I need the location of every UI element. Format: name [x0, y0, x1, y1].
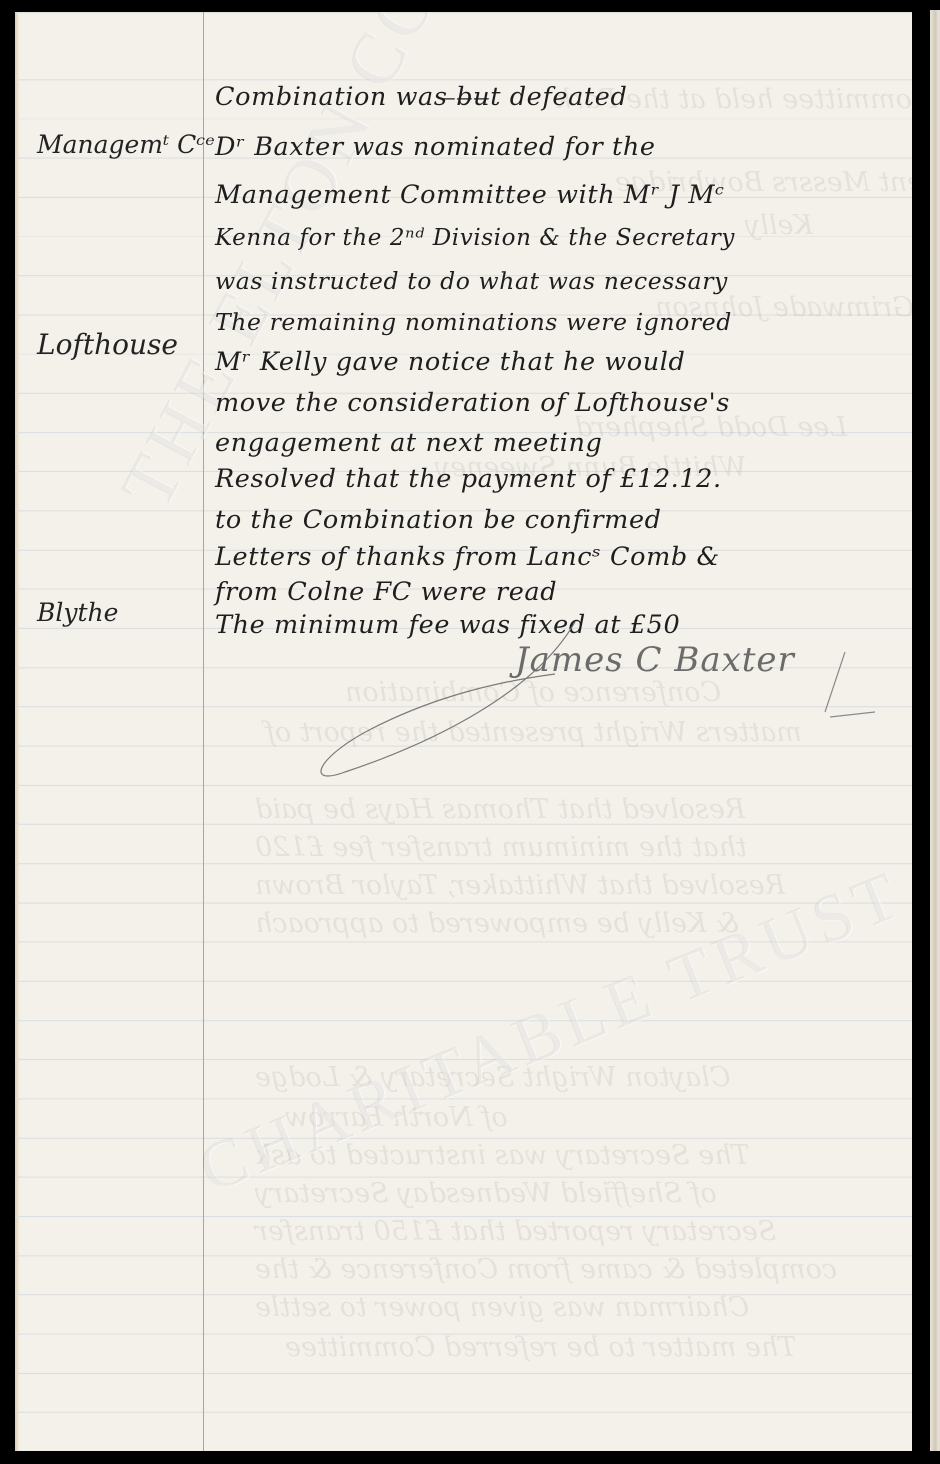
signature: James C Baxter	[515, 640, 795, 680]
page-edge	[930, 10, 940, 1451]
signature-flourish	[15, 12, 912, 1451]
ledger-page: Meeting of the Committee held at the Par…	[15, 12, 912, 1451]
